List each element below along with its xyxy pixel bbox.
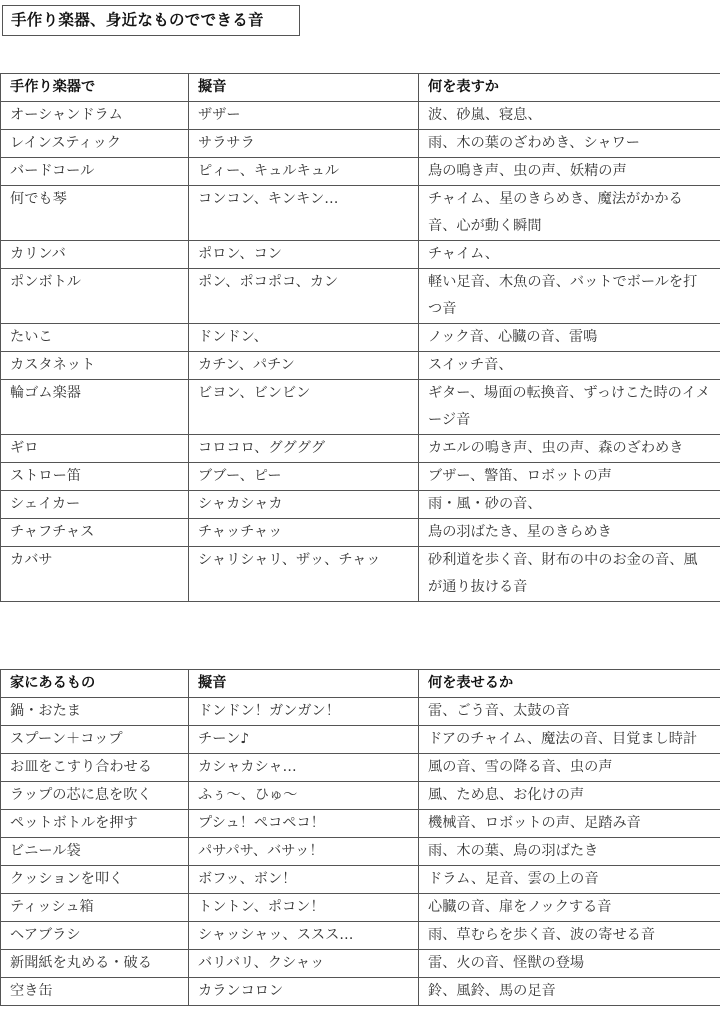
instrument-cell: シェイカー [1, 491, 189, 519]
household-items-table: 家にあるもの 擬音 何を表せるか 鍋・おたまドンドン！ガンガン！雷、ごう音、太鼓… [0, 669, 720, 1006]
table-row: オーシャンドラムザザー波、砂嵐、寝息、 [1, 102, 720, 130]
sound-cell: ピィー、キュルキュル [189, 158, 419, 186]
sound-cell: シャカシャカ [189, 491, 419, 519]
sound-cell: シャッシャッ、ススス… [189, 922, 419, 950]
column-header-instrument: 手作り楽器で [1, 74, 189, 102]
table-row: チャフチャスチャッチャッ鳥の羽ばたき、星のきらめき [1, 519, 720, 547]
document-title: 手作り楽器、身近なものでできる音 [2, 5, 300, 36]
sound-cell: トントン、ポコン！ [189, 894, 419, 922]
sound-cell: バリバリ、クシャッ [189, 950, 419, 978]
meaning-cell: 心臓の音、扉をノックする音 [419, 894, 720, 922]
instrument-cell: オーシャンドラム [1, 102, 189, 130]
instrument-cell: 輪ゴム楽器 [1, 380, 189, 435]
item-cell: ペットボトルを押す [1, 810, 189, 838]
item-cell: 新聞紙を丸める・破る [1, 950, 189, 978]
sound-cell: ふぅ〜、ひゅ〜 [189, 782, 419, 810]
table-row: バードコールピィー、キュルキュル鳥の鳴き声、虫の声、妖精の声 [1, 158, 720, 186]
sound-cell: ボフッ、ボン！ [189, 866, 419, 894]
meaning-cell: 雨、草むらを歩く音、波の寄せる音 [419, 922, 720, 950]
table-row: ティッシュ箱トントン、ポコン！心臓の音、扉をノックする音 [1, 894, 720, 922]
meaning-cell: ギター、場面の転換音、ずっけこた時のイメージ音 [419, 380, 720, 435]
item-cell: ラップの芯に息を吹く [1, 782, 189, 810]
sound-cell: ポロン、コン [189, 241, 419, 269]
sound-cell: ブブー、ピー [189, 463, 419, 491]
meaning-cell: 鈴、風鈴、馬の足音 [419, 978, 720, 1006]
sound-cell: シャリシャリ、ザッ、チャッ [189, 547, 419, 602]
table-row: クッションを叩くボフッ、ボン！ドラム、足音、雲の上の音 [1, 866, 720, 894]
meaning-cell: 雨、木の葉のざわめき、シャワー [419, 130, 720, 158]
table-row: ヘアブラシシャッシャッ、ススス…雨、草むらを歩く音、波の寄せる音 [1, 922, 720, 950]
meaning-cell: 軽い足音、木魚の音、バットでボールを打つ音 [419, 269, 720, 324]
instrument-cell: 何でも琴 [1, 186, 189, 241]
table-row: ポンボトルポン、ポコポコ、カン軽い足音、木魚の音、バットでボールを打つ音 [1, 269, 720, 324]
item-cell: 鍋・おたま [1, 698, 189, 726]
table-row: 空き缶カランコロン鈴、風鈴、馬の足音 [1, 978, 720, 1006]
meaning-cell: 鳥の羽ばたき、星のきらめき [419, 519, 720, 547]
item-cell: スプーン＋コップ [1, 726, 189, 754]
table-row: スプーン＋コップチーン♪ドアのチャイム、魔法の音、目覚まし時計 [1, 726, 720, 754]
sound-cell: ポン、ポコポコ、カン [189, 269, 419, 324]
table-row: レインスティックサラサラ雨、木の葉のざわめき、シャワー [1, 130, 720, 158]
instrument-cell: カバサ [1, 547, 189, 602]
meaning-cell: 鳥の鳴き声、虫の声、妖精の声 [419, 158, 720, 186]
sound-cell: ザザー [189, 102, 419, 130]
instrument-cell: チャフチャス [1, 519, 189, 547]
sound-cell: カシャカシャ… [189, 754, 419, 782]
item-cell: お皿をこすり合わせる [1, 754, 189, 782]
instrument-cell: ストロー笛 [1, 463, 189, 491]
sound-cell: コロコロ、ググググ [189, 435, 419, 463]
table-row: ラップの芯に息を吹くふぅ〜、ひゅ〜風、ため息、お化けの声 [1, 782, 720, 810]
sound-cell: チャッチャッ [189, 519, 419, 547]
table-row: 新聞紙を丸める・破るバリバリ、クシャッ雷、火の音、怪獣の登場 [1, 950, 720, 978]
table-row: カスタネットカチン、パチンスイッチ音、 [1, 352, 720, 380]
sound-cell: カチン、パチン [189, 352, 419, 380]
instrument-cell: カスタネット [1, 352, 189, 380]
handmade-instruments-table: 手作り楽器で 擬音 何を表すか オーシャンドラムザザー波、砂嵐、寝息、 レインス… [0, 73, 720, 602]
table-row: ビニール袋パサパサ、バサッ！雨、木の葉、鳥の羽ばたき [1, 838, 720, 866]
meaning-cell: 波、砂嵐、寝息、 [419, 102, 720, 130]
sound-cell: カランコロン [189, 978, 419, 1006]
sound-cell: ドンドン！ガンガン！ [189, 698, 419, 726]
meaning-cell: 雨・風・砂の音、 [419, 491, 720, 519]
table-row: カリンバポロン、コンチャイム、 [1, 241, 720, 269]
meaning-cell: 機械音、ロボットの声、足踏み音 [419, 810, 720, 838]
instrument-cell: たいこ [1, 324, 189, 352]
column-header-meaning: 何を表せるか [419, 670, 720, 698]
sound-cell: ドンドン、 [189, 324, 419, 352]
item-cell: ティッシュ箱 [1, 894, 189, 922]
instrument-cell: バードコール [1, 158, 189, 186]
instrument-cell: ギロ [1, 435, 189, 463]
meaning-cell: ノック音、心臓の音、雷鳴 [419, 324, 720, 352]
meaning-cell: チャイム、星のきらめき、魔法がかかる音、心が動く瞬間 [419, 186, 720, 241]
table-row: ギロコロコロ、ググググカエルの鳴き声、虫の声、森のざわめき [1, 435, 720, 463]
instrument-cell: カリンバ [1, 241, 189, 269]
table-row: カバサシャリシャリ、ザッ、チャッ砂利道を歩く音、財布の中のお金の音、風が通り抜け… [1, 547, 720, 602]
meaning-cell: 砂利道を歩く音、財布の中のお金の音、風が通り抜ける音 [419, 547, 720, 602]
table-header-row: 手作り楽器で 擬音 何を表すか [1, 74, 720, 102]
instrument-cell: ポンボトル [1, 269, 189, 324]
meaning-cell: 雷、火の音、怪獣の登場 [419, 950, 720, 978]
table-row: 輪ゴム楽器ビヨン、ビンビンギター、場面の転換音、ずっけこた時のイメージ音 [1, 380, 720, 435]
table-row: たいこドンドン、ノック音、心臓の音、雷鳴 [1, 324, 720, 352]
column-header-meaning: 何を表すか [419, 74, 720, 102]
table-row: 何でも琴コンコン、キンキン…チャイム、星のきらめき、魔法がかかる音、心が動く瞬間 [1, 186, 720, 241]
meaning-cell: 雷、ごう音、太鼓の音 [419, 698, 720, 726]
instrument-cell: レインスティック [1, 130, 189, 158]
meaning-cell: ドラム、足音、雲の上の音 [419, 866, 720, 894]
meaning-cell: 風、ため息、お化けの声 [419, 782, 720, 810]
item-cell: 空き缶 [1, 978, 189, 1006]
sound-cell: コンコン、キンキン… [189, 186, 419, 241]
sound-cell: チーン♪ [189, 726, 419, 754]
item-cell: ヘアブラシ [1, 922, 189, 950]
table-row: シェイカーシャカシャカ雨・風・砂の音、 [1, 491, 720, 519]
table-row: ストロー笛ブブー、ピーブザー、警笛、ロボットの声 [1, 463, 720, 491]
meaning-cell: 雨、木の葉、鳥の羽ばたき [419, 838, 720, 866]
meaning-cell: 風の音、雪の降る音、虫の声 [419, 754, 720, 782]
meaning-cell: スイッチ音、 [419, 352, 720, 380]
table-row: お皿をこすり合わせるカシャカシャ…風の音、雪の降る音、虫の声 [1, 754, 720, 782]
table-row: ペットボトルを押すプシュ！ペコペコ！機械音、ロボットの声、足踏み音 [1, 810, 720, 838]
table-row: 鍋・おたまドンドン！ガンガン！雷、ごう音、太鼓の音 [1, 698, 720, 726]
meaning-cell: チャイム、 [419, 241, 720, 269]
column-header-item: 家にあるもの [1, 670, 189, 698]
table-header-row: 家にあるもの 擬音 何を表せるか [1, 670, 720, 698]
sound-cell: サラサラ [189, 130, 419, 158]
column-header-sound: 擬音 [189, 670, 419, 698]
meaning-cell: ドアのチャイム、魔法の音、目覚まし時計 [419, 726, 720, 754]
item-cell: ビニール袋 [1, 838, 189, 866]
sound-cell: パサパサ、バサッ！ [189, 838, 419, 866]
column-header-sound: 擬音 [189, 74, 419, 102]
sound-cell: ビヨン、ビンビン [189, 380, 419, 435]
meaning-cell: ブザー、警笛、ロボットの声 [419, 463, 720, 491]
item-cell: クッションを叩く [1, 866, 189, 894]
sound-cell: プシュ！ペコペコ！ [189, 810, 419, 838]
meaning-cell: カエルの鳴き声、虫の声、森のざわめき [419, 435, 720, 463]
